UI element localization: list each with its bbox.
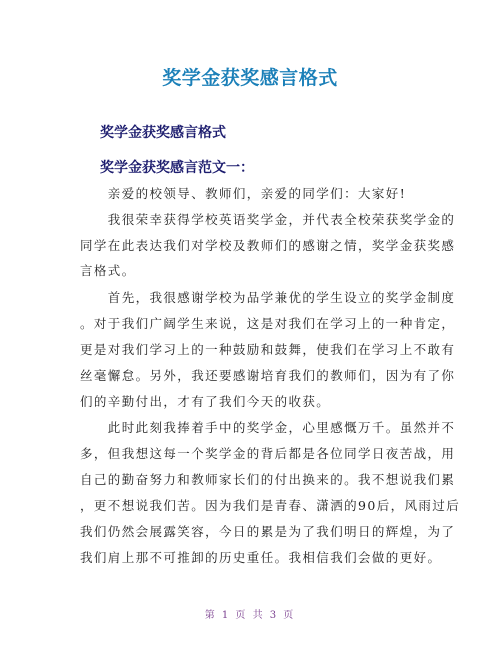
- body-line: 们的辛勤付出，才有了我们今天的收获。: [80, 394, 430, 410]
- body-line: 此时此刻我捧着手中的奖学金，心里感慨万千。虽然并不: [80, 420, 430, 436]
- body-line: 我很荣幸获得学校英语奖学金，并代表全校荣获奖学金的: [80, 212, 430, 228]
- body-line: 亲爱的校领导、教师们，亲爱的同学们：大家好!: [80, 186, 430, 202]
- body-line: 更是对我们学习上的一种鼓励和鼓舞，使我们在学习上不敢有: [80, 342, 430, 358]
- body-line: 我们肩上那不可推卸的历史重任。我相信我们会做的更好。: [80, 550, 430, 566]
- body-line: 我们仍然会展露笑容，今日的累是为了我们明日的辉煌，为了: [80, 524, 430, 540]
- body-line: 首先，我很感谢学校为品学兼优的学生设立的奖学金制度: [80, 290, 430, 306]
- section-heading: 奖学金获奖感言格式: [100, 122, 226, 142]
- body-line: ，更不想说我们苦。因为我们是青春、潇洒的90后，风雨过后: [80, 498, 430, 514]
- body-line: 自己的勤奋努力和教师家长们的付出换来的。我不想说我们累: [80, 472, 430, 488]
- body-line: 丝毫懈怠。另外，我还要感谢培育我们的教师们，因为有了你: [80, 368, 430, 384]
- page-title: 奖学金获奖感言格式: [0, 63, 500, 90]
- body-line: 言格式。: [80, 263, 430, 279]
- subsection-heading: 奖学金获奖感言范文一：: [100, 157, 254, 177]
- body-line: 。对于我们广阔学生来说，这是对我们在学习上的一种肯定，: [80, 316, 430, 332]
- page-number-footer: 第 1 页 共 3 页: [0, 606, 500, 621]
- body-line: 多，但我想这每一个奖学金的背后都是各位同学日夜苦战，用: [80, 446, 430, 462]
- body-line: 同学在此表达我们对学校及教师们的感谢之情，奖学金获奖感: [80, 238, 430, 254]
